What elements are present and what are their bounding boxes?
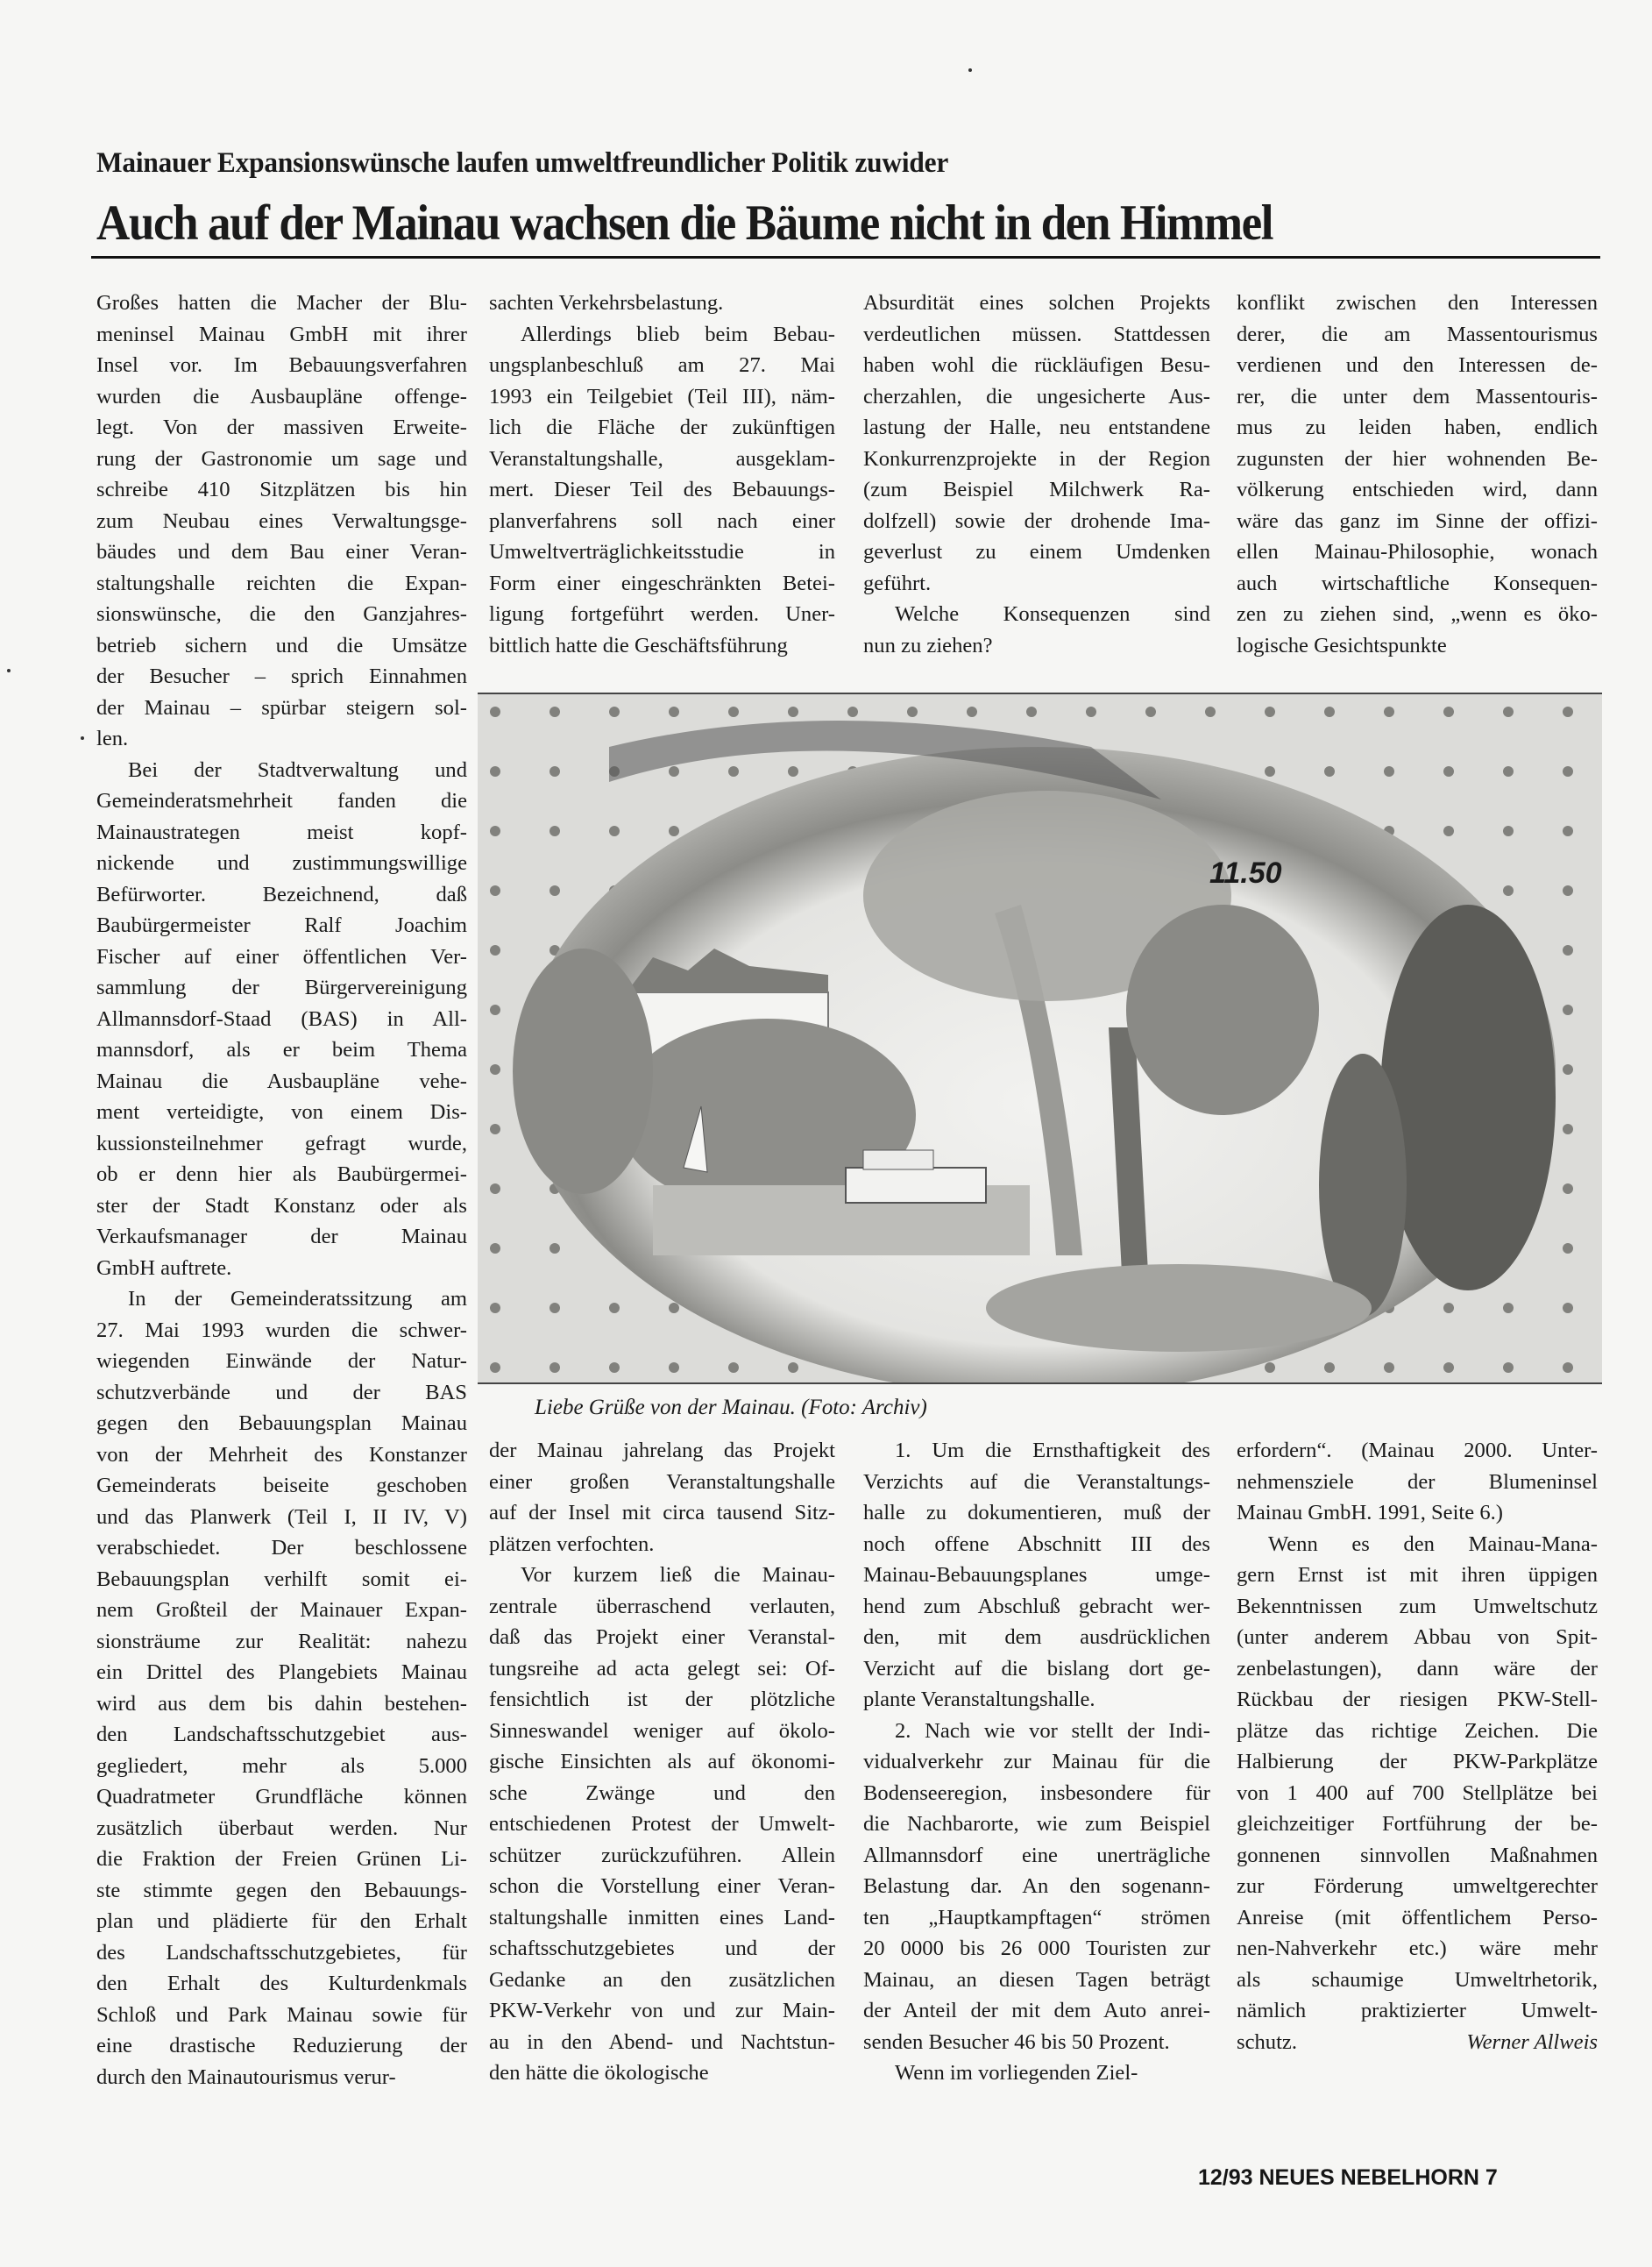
text-line: fensichtlich ist der plötzliche (489, 1684, 835, 1716)
text-line: der Mainau – spürbar steigern sol- (96, 693, 467, 724)
text-line: wird aus dem bis dahin bestehen- (96, 1688, 467, 1720)
text-line: ellen Mainau-Philosophie, wonach (1237, 537, 1598, 568)
text-line: logische Gesichtspunkte (1237, 630, 1598, 662)
text-line: planverfahrens soll nach einer (489, 506, 835, 537)
text-line: Insel vor. Im Bebauungsverfahren (96, 350, 467, 381)
text-line: schutzverbände und der BAS (96, 1377, 467, 1409)
text-line: verdeutlichen müssen. Stattdessen (863, 319, 1210, 351)
text-line: Wenn im vorliegenden Ziel- (863, 2057, 1210, 2089)
text-line: 1993 ein Teilgebiet (Teil III), näm- (489, 381, 835, 413)
text-line: des Landschaftsschutzgebietes, für (96, 1937, 467, 1969)
text-line: Befürworter. Bezeichnend, daß (96, 879, 467, 911)
text-line: bäudes und dem Bau einer Veran- (96, 537, 467, 568)
text-line: Gedanke an den zusätzlichen (489, 1965, 835, 1996)
text-line: verabschiedet. Der beschlossene (96, 1532, 467, 1564)
article-column-2-bottom: der Mainau jahrelang das Projekteiner gr… (489, 1435, 835, 2089)
text-line: gische Einsichten als auf ökonomi- (489, 1746, 835, 1778)
text-line: sionsträume zur Realität: nahezu (96, 1626, 467, 1658)
text-line: hend zum Abschluß gebracht wer- (863, 1591, 1210, 1623)
text-line: ten „Hauptkampftagen“ strömen (863, 1902, 1210, 1934)
text-line: den Erhalt des Kulturdenkmals (96, 1968, 467, 2000)
text-line: schreibe 410 Sitzplätzen bis hin (96, 474, 467, 506)
scan-mark (968, 68, 972, 72)
article-headline: Auch auf der Mainau wachsen die Bäume ni… (96, 195, 1482, 252)
text-line: zusätzlich überbaut werden. Nur (96, 1813, 467, 1844)
text-line: auch wirtschaftliche Konsequen- (1237, 568, 1598, 600)
text-line: geführt. (863, 568, 1210, 600)
text-line: au in den Abend- und Nachtstun- (489, 2027, 835, 2058)
text-line: dolfzell) sowie der drohende Ima- (863, 506, 1210, 537)
text-line: mert. Dieser Teil des Bebauungs- (489, 474, 835, 506)
text-line: verdienen und den Interessen de- (1237, 350, 1598, 381)
text-line: 27. Mai 1993 wurden die schwer- (96, 1315, 467, 1347)
text-line: ster der Stadt Konstanz oder als (96, 1190, 467, 1222)
article-column-4-top: konflikt zwischen den Interessenderer, d… (1237, 288, 1598, 661)
text-line: Mainaustrategen meist kopf- (96, 817, 467, 849)
text-line: zen zu ziehen sind, „wenn es öko- (1237, 599, 1598, 630)
text-line: Verzicht auf die bislang dort ge- (863, 1653, 1210, 1685)
text-line: lastung der Halle, neu entstandene (863, 412, 1210, 444)
text-line: zur Förderung umweltgerechter (1237, 1871, 1598, 1902)
price-mark: 11.50 (1209, 856, 1282, 890)
text-line: Gemeinderats beiseite geschoben (96, 1470, 467, 1502)
text-line: entschiedenen Protest der Umwelt- (489, 1809, 835, 1840)
text-line: eine drastische Reduzierung der (96, 2030, 467, 2062)
text-line: zentrale überraschend verlauten, (489, 1591, 835, 1623)
text-line: und das Planwerk (Teil I, II IV, V) (96, 1502, 467, 1533)
text-line: (unter anderem Abbau von Spit- (1237, 1622, 1598, 1653)
text-line: In der Gemeinderatssitzung am (96, 1283, 467, 1315)
article-column-1: Großes hatten die Macher der Blu-meninse… (96, 288, 467, 2093)
text-line: rer, die unter dem Massentouris- (1237, 381, 1598, 413)
text-line: wäre das ganz im Sinne der offizi- (1237, 506, 1598, 537)
text-line: len. (96, 723, 467, 755)
text-line: nen-Nahverkehr etc.) wäre mehr (1237, 1933, 1598, 1965)
text-line: auf der Insel mit circa tausend Sitz- (489, 1497, 835, 1529)
text-line: der Anteil der mit dem Auto anrei- (863, 1995, 1210, 2027)
text-line: geverlust zu einem Umdenken (863, 537, 1210, 568)
text-line: Form einer eingeschränkten Betei- (489, 568, 835, 600)
text-line: den Landschaftsschutzgebiet aus- (96, 1719, 467, 1751)
text-line: plan und plädierte für den Erhalt (96, 1906, 467, 1937)
article-column-4-bottom: erfordern“. (Mainau 2000. Unter-nehmensz… (1237, 1435, 1598, 2057)
text-line: Anreise (mit öffentlichem Perso- (1237, 1902, 1598, 1934)
text-line: zugunsten der hier wohnenden Be- (1237, 444, 1598, 475)
scan-mark (81, 736, 84, 740)
text-line: nämlich praktizierter Umwelt- (1237, 1995, 1598, 2027)
text-line: Sinneswandel weniger auf ökolo- (489, 1716, 835, 1747)
text-line: Bodenseeregion, insbesondere für (863, 1778, 1210, 1809)
text-line: betrieb sichern und die Umsätze (96, 630, 467, 662)
author-signature: Werner Allweis (1466, 2027, 1598, 2058)
text-line: Vor kurzem ließ die Mainau- (489, 1560, 835, 1591)
text-line: schon die Vorstellung einer Veran- (489, 1871, 835, 1902)
text-line: plante Veranstaltungshalle. (863, 1684, 1210, 1716)
text-line: gegen den Bebauungsplan Mainau (96, 1408, 467, 1439)
text-line: nun zu ziehen? (863, 630, 1210, 662)
headline-rule (91, 256, 1600, 259)
text-line: 2. Nach wie vor stellt der Indi- (863, 1716, 1210, 1747)
text-line: ein Drittel des Plangebiets Mainau (96, 1657, 467, 1688)
text-line: Mainau die Ausbaupläne vehe- (96, 1066, 467, 1098)
text-line: ment verteidigte, von einem Dis- (96, 1097, 467, 1128)
text-line: der Mainau jahrelang das Projekt (489, 1435, 835, 1467)
text-line: Konkurrenzprojekte in der Region (863, 444, 1210, 475)
article-column-2-top: sachten Verkehrsbelastung.Allerdings bli… (489, 288, 835, 661)
text-line: sachten Verkehrsbelastung. (489, 288, 835, 319)
text-line: 20 0000 bis 26 000 Touristen zur (863, 1933, 1210, 1965)
text-line: als schaumige Umweltrhetorik, (1237, 1965, 1598, 1996)
text-line: der Besucher – sprich Einnahmen (96, 661, 467, 693)
text-line: von der Mehrheit des Konstanzer (96, 1439, 467, 1471)
text-line: plätze das richtige Zeichen. Die (1237, 1716, 1598, 1747)
text-line: Verkaufsmanager der Mainau (96, 1221, 467, 1253)
text-line: gern Ernst ist mit ihren üppigen (1237, 1560, 1598, 1591)
mainau-postcard-illustration: 11.50 (478, 694, 1602, 1382)
text-line: lich die Fläche der zukünftigen (489, 412, 835, 444)
article-photo: 11.50 (478, 693, 1602, 1384)
text-line: Fischer auf einer öffentlichen Ver- (96, 942, 467, 973)
text-line: derer, die am Massentourismus (1237, 319, 1598, 351)
text-line: mus zu leiden haben, endlich (1237, 412, 1598, 444)
text-line: durch den Mainautourismus verur- (96, 2062, 467, 2093)
text-line: wiegenden Einwände der Natur- (96, 1346, 467, 1377)
text-line: die Fraktion der Freien Grünen Li- (96, 1844, 467, 1875)
scan-mark (7, 669, 11, 672)
text-line: zum Neubau eines Verwaltungsge- (96, 506, 467, 537)
text-line: von 1 400 auf 700 Stellplätze bei (1237, 1778, 1598, 1809)
text-line: GmbH auftrete. (96, 1253, 467, 1284)
photo-caption: Liebe Grüße von der Mainau. (Foto: Archi… (535, 1396, 927, 1420)
text-line: Mainau, an diesen Tagen beträgt (863, 1965, 1210, 1996)
text-line: schützer zurückzuführen. Allein (489, 1840, 835, 1872)
text-line: PKW-Verkehr von und zur Main- (489, 1995, 835, 2027)
article-column-3-top: Absurdität eines solchen Projektsverdeut… (863, 288, 1210, 661)
text-line: Großes hatten die Macher der Blu- (96, 288, 467, 319)
text-line: Bekenntnissen zum Umweltschutz (1237, 1591, 1598, 1623)
text-line: Gemeinderatsmehrheit fanden die (96, 785, 467, 817)
text-line: gleichzeitiger Fortführung der be- (1237, 1809, 1598, 1840)
text-line: gonnenen sinnvollen Maßnahmen (1237, 1840, 1598, 1872)
text-line: nem Großteil der Mainauer Expan- (96, 1595, 467, 1626)
text-line: Allerdings blieb beim Bebau- (489, 319, 835, 351)
text-line: kussionsteilnehmer gefragt wurde, (96, 1128, 467, 1160)
text-line: Veranstaltungshalle, ausgeklam- (489, 444, 835, 475)
text-line: Halbierung der PKW-Parkplätze (1237, 1746, 1598, 1778)
text-line: Umweltverträglichkeitsstudie in (489, 537, 835, 568)
text-line: meninsel Mainau GmbH mit ihrer (96, 319, 467, 351)
text-line: erfordern“. (Mainau 2000. Unter- (1237, 1435, 1598, 1467)
text-line: den hätte die ökologische (489, 2057, 835, 2089)
text-line: daß das Projekt einer Veranstal- (489, 1622, 835, 1653)
text-line: ligung fortgeführt werden. Uner- (489, 599, 835, 630)
text-line: cherzahlen, die ungesicherte Aus- (863, 381, 1210, 413)
text-line: tungsreihe ad acta gelegt sei: Of- (489, 1653, 835, 1685)
text-line: zenbelastungen), dann wäre der (1237, 1653, 1598, 1685)
text-line: Wenn es den Mainau-Mana- (1237, 1529, 1598, 1560)
text-line: Quadratmeter Grundfläche können (96, 1781, 467, 1813)
text-line: halle zu dokumentieren, muß der (863, 1497, 1210, 1529)
text-line: schaftsschutzgebietes und der (489, 1933, 835, 1965)
text-line: mannsdorf, als er beim Thema (96, 1034, 467, 1066)
text-line: Mainau-Bebauungsplanes umge- (863, 1560, 1210, 1591)
text-line: Rückbau der riesigen PKW-Stell- (1237, 1684, 1598, 1716)
text-line: ob er denn hier als Baubürgermei- (96, 1159, 467, 1190)
text-line: sammlung der Bürgervereinigung (96, 972, 467, 1004)
page-footer: 12/93 NEUES NEBELHORN 7 (1198, 2165, 1498, 2191)
article-column-3-bottom: 1. Um die Ernsthaftigkeit desVerzichts a… (863, 1435, 1210, 2089)
text-line: haben wohl die rückläufigen Besu- (863, 350, 1210, 381)
text-line: noch offene Abschnitt III des (863, 1529, 1210, 1560)
text-line: staltungshalle inmitten eines Land- (489, 1902, 835, 1934)
text-line: konflikt zwischen den Interessen (1237, 288, 1598, 319)
text-line: die Nachbarorte, wie zum Beispiel (863, 1809, 1210, 1840)
text-line: (zum Beispiel Milchwerk Ra- (863, 474, 1210, 506)
text-line: Absurdität eines solchen Projekts (863, 288, 1210, 319)
text-line: Welche Konsequenzen sind (863, 599, 1210, 630)
text-line: legt. Von der massiven Erweite- (96, 412, 467, 444)
text-line: den, mit dem ausdrücklichen (863, 1622, 1210, 1653)
text-line: nehmensziele der Blumeninsel (1237, 1467, 1598, 1498)
text-line: einer großen Veranstaltungshalle (489, 1467, 835, 1498)
text-line: Verzichts auf die Veranstaltungs- (863, 1467, 1210, 1498)
article-kicker: Mainauer Expansionswünsche laufen umwelt… (96, 147, 1512, 180)
text-line: vidualverkehr zur Mainau für die (863, 1746, 1210, 1778)
text-line: Baubürgermeister Ralf Joachim (96, 910, 467, 942)
text-line: Belastung dar. An den sogenann- (863, 1871, 1210, 1902)
text-line: nickende und zustimmungswillige (96, 848, 467, 879)
text-line: gegliedert, mehr als 5.000 (96, 1751, 467, 1782)
text-line: Bebauungsplan verhilft somit ei- (96, 1564, 467, 1595)
text-line: senden Besucher 46 bis 50 Prozent. (863, 2027, 1210, 2058)
text-line: rung der Gastronomie um sage und (96, 444, 467, 475)
text-line: sionswünsche, die den Ganzjahres- (96, 599, 467, 630)
text-line: wurden die Ausbaupläne offenge- (96, 381, 467, 413)
text-line: Allmannsdorf-Staad (BAS) in All- (96, 1004, 467, 1035)
text-line: sche Zwänge und den (489, 1778, 835, 1809)
text-line: schutz. (1237, 2030, 1297, 2054)
text-line: ungsplanbeschluß am 27. Mai (489, 350, 835, 381)
text-line: völkerung entschieden wird, dann (1237, 474, 1598, 506)
text-line: 1. Um die Ernsthaftigkeit des (863, 1435, 1210, 1467)
text-line: bittlich hatte die Geschäftsführung (489, 630, 835, 662)
text-line: Allmannsdorf eine unerträgliche (863, 1840, 1210, 1872)
text-line: staltungshalle reichten die Expan- (96, 568, 467, 600)
text-line: Mainau GmbH. 1991, Seite 6.) (1237, 1497, 1598, 1529)
text-line: plätzen verfochten. (489, 1529, 835, 1560)
text-line: ste stimmte gegen den Bebauungs- (96, 1875, 467, 1907)
text-line: Schloß und Park Mainau sowie für (96, 2000, 467, 2031)
text-line: Bei der Stadtverwaltung und (96, 755, 467, 786)
